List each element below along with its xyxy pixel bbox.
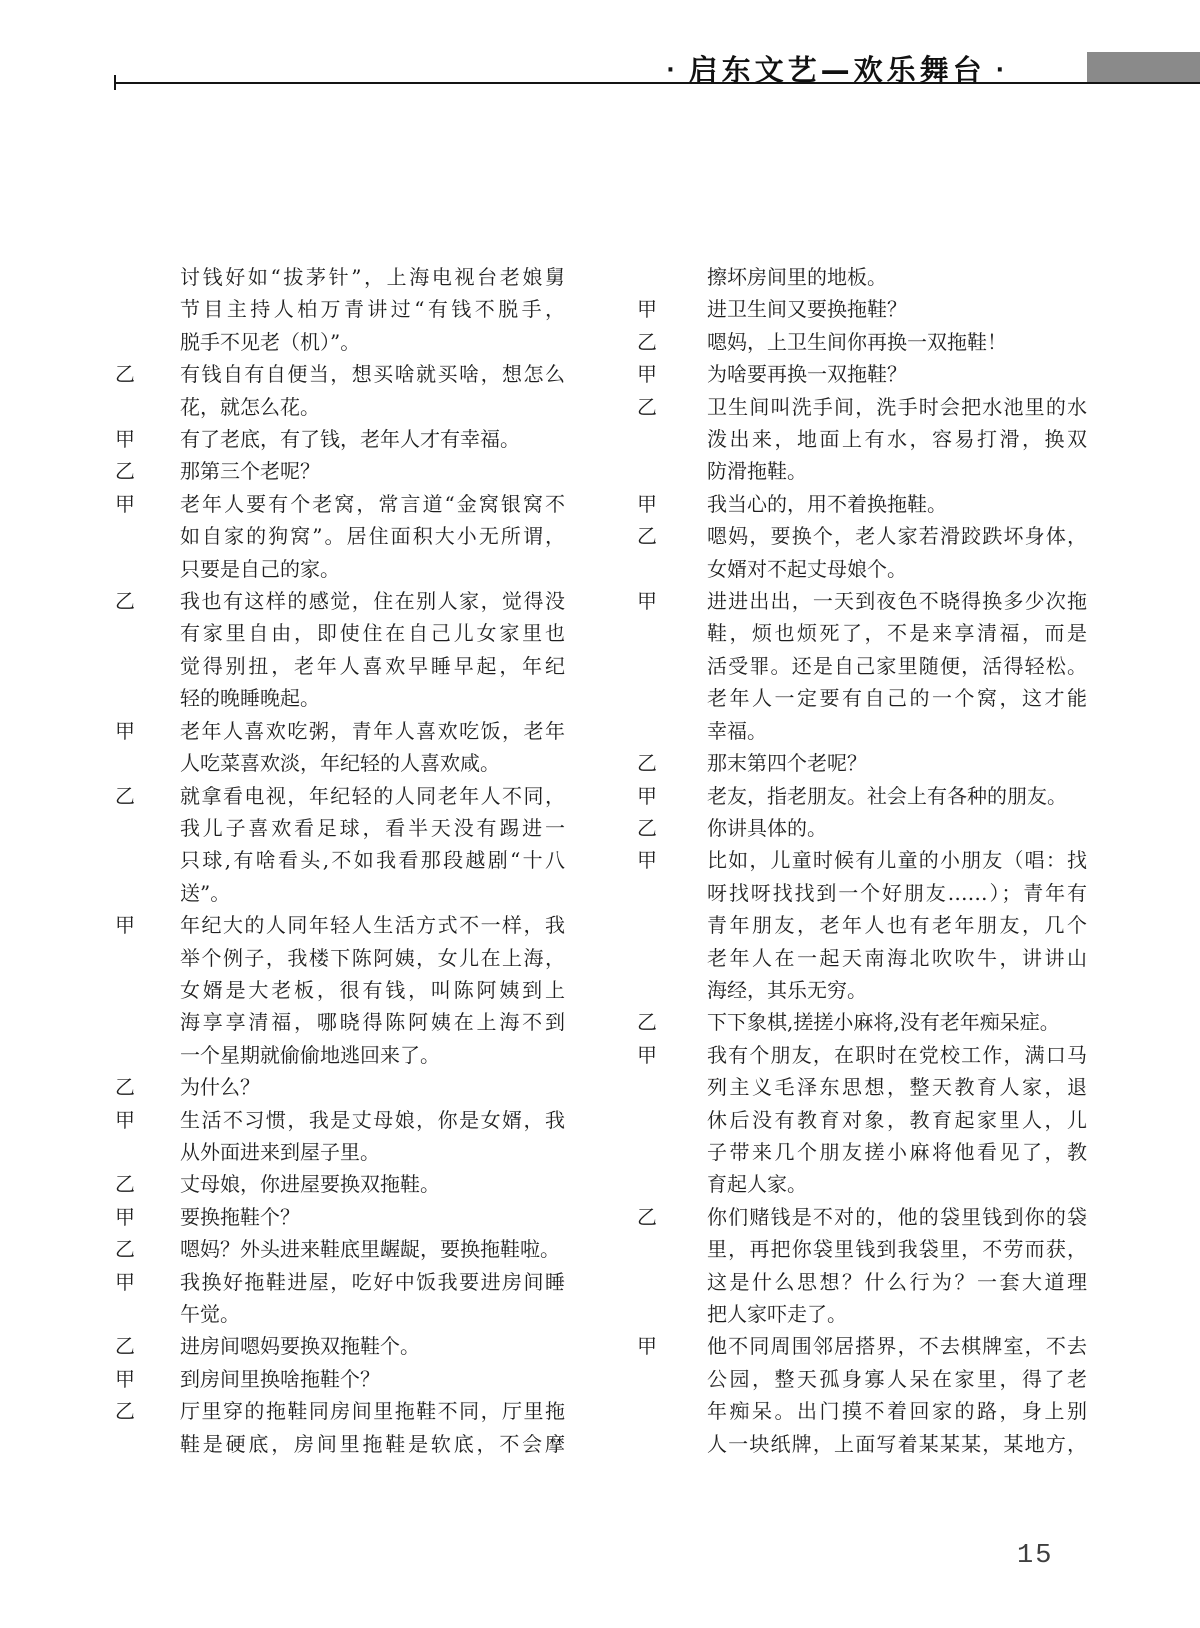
dialogue-line: 举个例子，我楼下陈阿姨，女儿在上海， bbox=[180, 942, 565, 974]
dialogue-line: 他不同周围邻居搭界，不去棋牌室，不去 bbox=[707, 1330, 1087, 1362]
dialogue-line: 你们赌钱是不对的，他的袋里钱到你的袋 bbox=[707, 1201, 1087, 1233]
dialogue-entry: 乙那第三个老呢？ bbox=[115, 455, 565, 487]
dialogue-line: 卫生间叫洗手间，洗手时会把水池里的水 bbox=[707, 391, 1087, 423]
speaker-label: 甲 bbox=[637, 1330, 657, 1362]
dialogue-line: 泼出来，地面上有水，容易打滑，换双 bbox=[707, 423, 1087, 455]
speaker-label: 乙 bbox=[637, 520, 657, 552]
header-left-dot: · bbox=[656, 58, 688, 83]
dialogue-entry: 甲我换好拖鞋进屋，吃好中饭我要进房间睡午觉。 bbox=[115, 1266, 565, 1331]
dialogue-entry: 甲为啥要再换一双拖鞋？ bbox=[637, 358, 1087, 390]
dialogue-line: 嗯妈，要换个，老人家若滑跤跌坏身体， bbox=[707, 520, 1087, 552]
dialogue-line: 老年人要有个老窝，常言道“金窝银窝不 bbox=[180, 488, 565, 520]
speaker-label: 乙 bbox=[115, 1233, 135, 1265]
speaker-label: 乙 bbox=[637, 747, 657, 779]
dialogue-entry: 乙厅里穿的拖鞋同房间里拖鞋不同，厅里拖鞋是硬底，房间里拖鞋是软底，不会摩 bbox=[115, 1395, 565, 1460]
speaker-label: 乙 bbox=[637, 812, 657, 844]
speaker-label: 甲 bbox=[115, 1201, 135, 1233]
speaker-label: 乙 bbox=[637, 391, 657, 423]
speaker-label: 甲 bbox=[637, 1039, 657, 1071]
dialogue-line: 列主义毛泽东思想，整天教育人家，退 bbox=[707, 1071, 1087, 1103]
speaker-label: 乙 bbox=[115, 1395, 135, 1427]
dialogue-entry: 甲有了老底，有了钱，老年人才有幸福。 bbox=[115, 423, 565, 455]
speaker-label: 乙 bbox=[115, 780, 135, 812]
dialogue-line: 我儿子喜欢看足球，看半天没有踢进一 bbox=[180, 812, 565, 844]
dialogue-line: 海享享清福，哪晓得陈阿姨在上海不到 bbox=[180, 1006, 565, 1038]
dialogue-line: 脱手不见老（机）”。 bbox=[180, 326, 565, 358]
dialogue-entry: 乙我也有这样的感觉，住在别人家，觉得没有家里自由，即使住在自己儿女家里也觉得别扭… bbox=[115, 585, 565, 715]
dialogue-line: 育起人家。 bbox=[707, 1168, 1087, 1200]
dialogue-line: 进卫生间又要换拖鞋？ bbox=[707, 293, 1087, 325]
dialogue-line: 年痴呆。出门摸不着回家的路，身上别 bbox=[707, 1395, 1087, 1427]
dialogue-entry: 甲他不同周围邻居搭界，不去棋牌室，不去公园，整天孤身寡人呆在家里，得了老年痴呆。… bbox=[637, 1330, 1087, 1460]
dialogue-entry: 乙嗯妈，要换个，老人家若滑跤跌坏身体，女婿对不起丈母娘个。 bbox=[637, 520, 1087, 585]
speaker-label: 乙 bbox=[637, 326, 657, 358]
dialogue-line: 你讲具体的。 bbox=[707, 812, 1087, 844]
right-column: 擦坏房间里的地板。甲进卫生间又要换拖鞋？乙嗯妈，上卫生间你再换一双拖鞋！甲为啥要… bbox=[637, 261, 1087, 1460]
dialogue-entry: 甲我当心的，用不着换拖鞋。 bbox=[637, 488, 1087, 520]
dialogue-entry: 乙为什么？ bbox=[115, 1071, 565, 1103]
magazine-page: ·启东文艺—欢乐舞台· 讨钱好如“拔茅针”，上海电视台老娘舅节目主持人柏万青讲过… bbox=[0, 0, 1200, 1628]
dialogue-line: 嗯妈，上卫生间你再换一双拖鞋！ bbox=[707, 326, 1087, 358]
speaker-label: 甲 bbox=[637, 585, 657, 617]
dialogue-entry: 乙丈母娘，你进屋要换双拖鞋。 bbox=[115, 1168, 565, 1200]
dialogue-line: 幸福。 bbox=[707, 715, 1087, 747]
dialogue-line: 老年人在一起天南海北吹吹牛，讲讲山 bbox=[707, 942, 1087, 974]
dialogue-entry: 乙进房间嗯妈要换双拖鞋个。 bbox=[115, 1330, 565, 1362]
dialogue-line: 有家里自由，即使住在自己儿女家里也 bbox=[180, 617, 565, 649]
dialogue-entry: 甲比如，儿童时候有儿童的小朋友（唱：找呀找呀找找到一个好朋友……）；青年有青年朋… bbox=[637, 844, 1087, 1006]
dialogue-line: 年纪大的人同年轻人生活方式不一样，我 bbox=[180, 909, 565, 941]
dialogue-line: 进房间嗯妈要换双拖鞋个。 bbox=[180, 1330, 565, 1362]
dialogue-entry: 甲进卫生间又要换拖鞋？ bbox=[637, 293, 1087, 325]
dialogue-entry: 甲老年人喜欢吃粥，青年人喜欢吃饭，老年人吃菜喜欢淡，年纪轻的人喜欢咸。 bbox=[115, 715, 565, 780]
dialogue-line: 就拿看电视，年纪轻的人同老年人不同， bbox=[180, 780, 565, 812]
dialogue-entry: 擦坏房间里的地板。 bbox=[637, 261, 1087, 293]
dialogue-line: 有了老底，有了钱，老年人才有幸福。 bbox=[180, 423, 565, 455]
speaker-label: 甲 bbox=[115, 1363, 135, 1395]
dialogue-entry: 乙那末第四个老呢？ bbox=[637, 747, 1087, 779]
dialogue-entry: 甲我有个朋友，在职时在党校工作，满口马列主义毛泽东思想，整天教育人家，退休后没有… bbox=[637, 1039, 1087, 1201]
dialogue-line: 轻的晚睡晚起。 bbox=[180, 682, 565, 714]
dialogue-line: 如自家的狗窝”。居住面积大小无所谓， bbox=[180, 520, 565, 552]
dialogue-line: 老年人喜欢吃粥，青年人喜欢吃饭，老年 bbox=[180, 715, 565, 747]
speaker-label: 甲 bbox=[637, 488, 657, 520]
speaker-label: 乙 bbox=[115, 1168, 135, 1200]
speaker-label: 乙 bbox=[115, 455, 135, 487]
dialogue-line: 进进出出，一天到夜色不晓得换多少次拖 bbox=[707, 585, 1087, 617]
dialogue-line: 女婿对不起丈母娘个。 bbox=[707, 553, 1087, 585]
speaker-label: 乙 bbox=[115, 585, 135, 617]
dialogue-line: 人一块纸牌，上面写着某某某，某地方， bbox=[707, 1428, 1087, 1460]
dialogue-entry: 乙有钱自有自便当，想买啥就买啥，想怎么花，就怎么花。 bbox=[115, 358, 565, 423]
dialogue-line: 一个星期就偷偷地逃回来了。 bbox=[180, 1039, 565, 1071]
dialogue-line: 要换拖鞋个？ bbox=[180, 1201, 565, 1233]
speaker-label: 乙 bbox=[637, 1006, 657, 1038]
dialogue-line: 讨钱好如“拔茅针”，上海电视台老娘舅 bbox=[180, 261, 565, 293]
dialogue-line: 我有个朋友，在职时在党校工作，满口马 bbox=[707, 1039, 1087, 1071]
dialogue-line: 子带来几个朋友搓小麻将他看见了，教 bbox=[707, 1136, 1087, 1168]
speaker-label: 乙 bbox=[115, 1330, 135, 1362]
dialogue-line: 我当心的，用不着换拖鞋。 bbox=[707, 488, 1087, 520]
dialogue-line: 只球,有啥看头,不如我看那段越剧“十八 bbox=[180, 844, 565, 876]
speaker-label: 甲 bbox=[115, 1266, 135, 1298]
header-right-dot: · bbox=[986, 58, 1018, 83]
speaker-label: 甲 bbox=[115, 488, 135, 520]
dialogue-line: 活受罪。还是自己家里随便，活得轻松。 bbox=[707, 650, 1087, 682]
dialogue-entry: 乙嗯妈，上卫生间你再换一双拖鞋！ bbox=[637, 326, 1087, 358]
dialogue-line: 海经，其乐无穷。 bbox=[707, 974, 1087, 1006]
speaker-label: 甲 bbox=[115, 1104, 135, 1136]
header-rule bbox=[115, 82, 1200, 84]
dialogue-line: 嗯妈？外头进来鞋底里龌龊，要换拖鞋啦。 bbox=[180, 1233, 565, 1265]
dialogue-entry: 乙卫生间叫洗手间，洗手时会把水池里的水泼出来，地面上有水，容易打滑，换双防滑拖鞋… bbox=[637, 391, 1087, 488]
dialogue-entry: 甲要换拖鞋个？ bbox=[115, 1201, 565, 1233]
dialogue-line: 鞋，烦也烦死了，不是来享清福，而是 bbox=[707, 617, 1087, 649]
speaker-label: 甲 bbox=[637, 358, 657, 390]
dialogue-line: 从外面进来到屋子里。 bbox=[180, 1136, 565, 1168]
dialogue-entry: 乙你讲具体的。 bbox=[637, 812, 1087, 844]
dialogue-line: 呀找呀找找到一个好朋友……）；青年有 bbox=[707, 877, 1087, 909]
dialogue-line: 擦坏房间里的地板。 bbox=[707, 261, 1087, 293]
speaker-label: 甲 bbox=[637, 293, 657, 325]
dialogue-entry: 甲进进出出，一天到夜色不晓得换多少次拖鞋，烦也烦死了，不是来享清福，而是活受罪。… bbox=[637, 585, 1087, 747]
speaker-label: 甲 bbox=[115, 909, 135, 941]
dialogue-line: 花，就怎么花。 bbox=[180, 391, 565, 423]
dialogue-line: 这是什么思想？什么行为？一套大道理 bbox=[707, 1266, 1087, 1298]
speaker-label: 甲 bbox=[115, 715, 135, 747]
header-corner-block bbox=[1087, 52, 1200, 82]
dialogue-entry: 乙你们赌钱是不对的，他的袋里钱到你的袋里，再把你袋里钱到我袋里，不劳而获，这是什… bbox=[637, 1201, 1087, 1331]
dialogue-line: 那末第四个老呢？ bbox=[707, 747, 1087, 779]
left-column: 讨钱好如“拔茅针”，上海电视台老娘舅节目主持人柏万青讲过“有钱不脱手，脱手不见老… bbox=[115, 261, 565, 1460]
dialogue-line: 女婿是大老板，很有钱，叫陈阿姨到上 bbox=[180, 974, 565, 1006]
dialogue-line: 下下象棋,搓搓小麻将,没有老年痴呆症。 bbox=[707, 1006, 1087, 1038]
dialogue-line: 只要是自己的家。 bbox=[180, 553, 565, 585]
dialogue-line: 老友，指老朋友。社会上有各种的朋友。 bbox=[707, 780, 1087, 812]
dialogue-entry: 乙下下象棋,搓搓小麻将,没有老年痴呆症。 bbox=[637, 1006, 1087, 1038]
dialogue-line: 青年朋友，老年人也有老年朋友，几个 bbox=[707, 909, 1087, 941]
dialogue-line: 生活不习惯，我是丈母娘，你是女婿，我 bbox=[180, 1104, 565, 1136]
dialogue-line: 休后没有教育对象，教育起家里人，儿 bbox=[707, 1104, 1087, 1136]
page-number: 15 bbox=[1017, 1541, 1053, 1571]
speaker-label: 乙 bbox=[637, 1201, 657, 1233]
speaker-label: 甲 bbox=[637, 780, 657, 812]
dialogue-entry: 乙嗯妈？外头进来鞋底里龌龊，要换拖鞋啦。 bbox=[115, 1233, 565, 1265]
dialogue-entry: 讨钱好如“拔茅针”，上海电视台老娘舅节目主持人柏万青讲过“有钱不脱手，脱手不见老… bbox=[115, 261, 565, 358]
dialogue-line: 觉得别扭，老年人喜欢早睡早起，年纪 bbox=[180, 650, 565, 682]
dialogue-line: 到房间里换啥拖鞋个？ bbox=[180, 1363, 565, 1395]
dialogue-line: 送”。 bbox=[180, 877, 565, 909]
dialogue-line: 防滑拖鞋。 bbox=[707, 455, 1087, 487]
dialogue-line: 有钱自有自便当，想买啥就买啥，想怎么 bbox=[180, 358, 565, 390]
header-rule-tick bbox=[114, 75, 116, 90]
dialogue-line: 为啥要再换一双拖鞋？ bbox=[707, 358, 1087, 390]
dialogue-line: 老年人一定要有自己的一个窝，这才能 bbox=[707, 682, 1087, 714]
dialogue-entry: 甲到房间里换啥拖鞋个？ bbox=[115, 1363, 565, 1395]
dialogue-entry: 甲老友，指老朋友。社会上有各种的朋友。 bbox=[637, 780, 1087, 812]
dialogue-line: 我换好拖鞋进屋，吃好中饭我要进房间睡 bbox=[180, 1266, 565, 1298]
dialogue-line: 人吃菜喜欢淡，年纪轻的人喜欢咸。 bbox=[180, 747, 565, 779]
dialogue-line: 午觉。 bbox=[180, 1298, 565, 1330]
speaker-label: 甲 bbox=[115, 423, 135, 455]
dialogue-line: 为什么？ bbox=[180, 1071, 565, 1103]
dialogue-line: 我也有这样的感觉，住在别人家，觉得没 bbox=[180, 585, 565, 617]
dialogue-line: 把人家吓走了。 bbox=[707, 1298, 1087, 1330]
dialogue-entry: 甲老年人要有个老窝，常言道“金窝银窝不如自家的狗窝”。居住面积大小无所谓，只要是… bbox=[115, 488, 565, 585]
dialogue-line: 那第三个老呢？ bbox=[180, 455, 565, 487]
speaker-label: 乙 bbox=[115, 1071, 135, 1103]
dialogue-line: 节目主持人柏万青讲过“有钱不脱手， bbox=[180, 293, 565, 325]
dialogue-line: 厅里穿的拖鞋同房间里拖鞋不同，厅里拖 bbox=[180, 1395, 565, 1427]
dialogue-line: 比如，儿童时候有儿童的小朋友（唱：找 bbox=[707, 844, 1087, 876]
dialogue-line: 公园，整天孤身寡人呆在家里，得了老 bbox=[707, 1363, 1087, 1395]
dialogue-entry: 甲生活不习惯，我是丈母娘，你是女婿，我从外面进来到屋子里。 bbox=[115, 1104, 565, 1169]
dialogue-entry: 甲年纪大的人同年轻人生活方式不一样，我举个例子，我楼下陈阿姨，女儿在上海，女婿是… bbox=[115, 909, 565, 1071]
speaker-label: 甲 bbox=[637, 844, 657, 876]
dialogue-line: 里，再把你袋里钱到我袋里，不劳而获， bbox=[707, 1233, 1087, 1265]
dialogue-line: 鞋是硬底，房间里拖鞋是软底，不会摩 bbox=[180, 1428, 565, 1460]
dialogue-entry: 乙就拿看电视，年纪轻的人同老年人不同，我儿子喜欢看足球，看半天没有踢进一只球,有… bbox=[115, 780, 565, 910]
speaker-label: 乙 bbox=[115, 358, 135, 390]
dialogue-line: 丈母娘，你进屋要换双拖鞋。 bbox=[180, 1168, 565, 1200]
